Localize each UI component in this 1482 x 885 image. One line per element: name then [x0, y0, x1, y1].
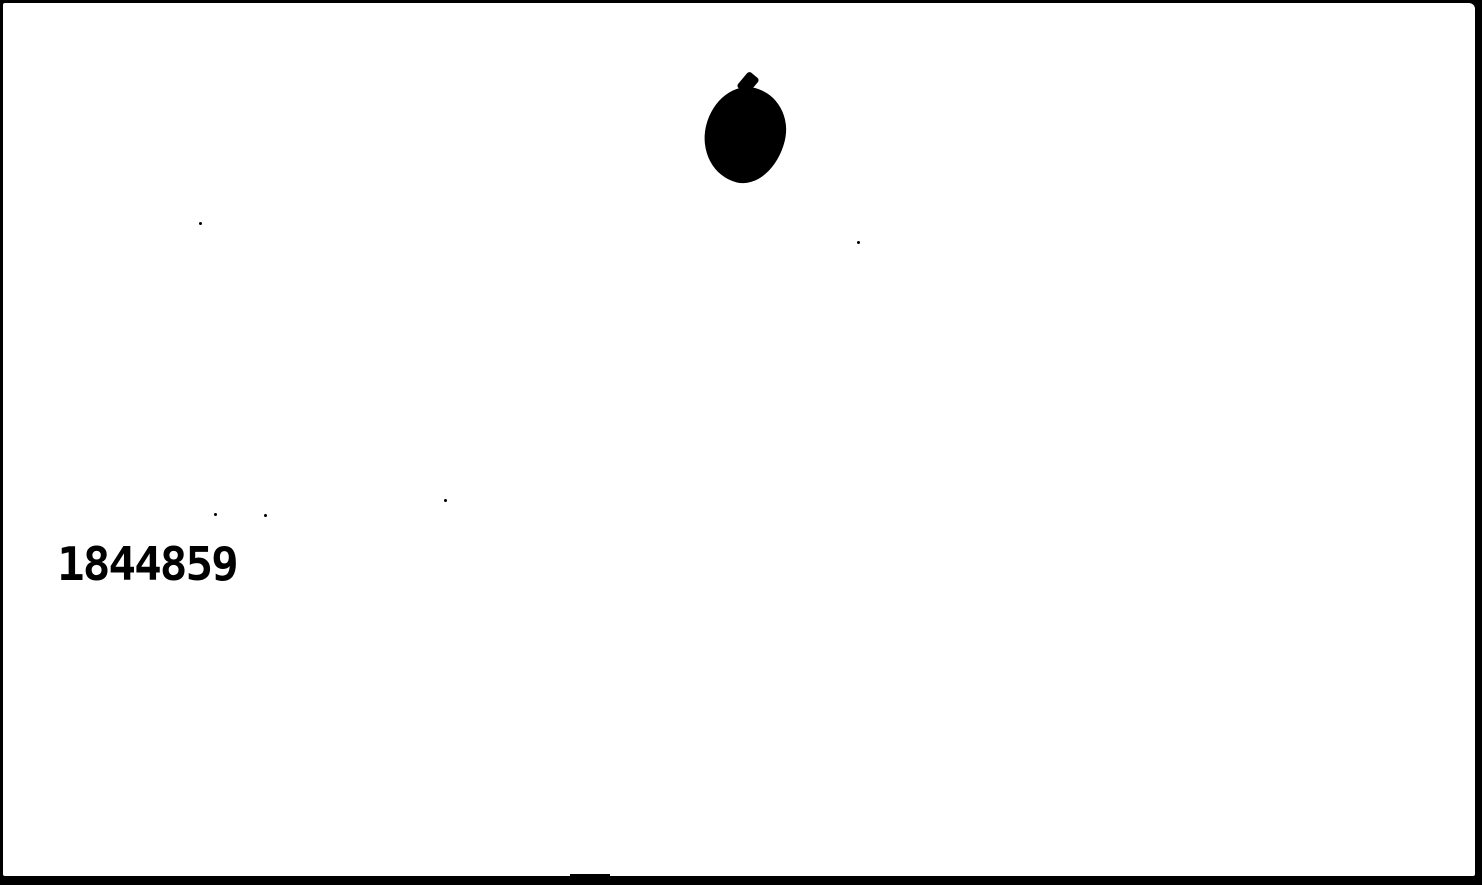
card-number: 1844859 [57, 541, 237, 587]
index-card: 1844859 [3, 3, 1475, 876]
ink-speck [199, 222, 202, 225]
ink-speck [857, 241, 860, 244]
ink-speck [444, 499, 447, 502]
punch-hole [695, 79, 796, 192]
ink-speck [264, 514, 267, 517]
ink-speck [214, 513, 217, 516]
scan-edge-artifact [570, 874, 610, 885]
